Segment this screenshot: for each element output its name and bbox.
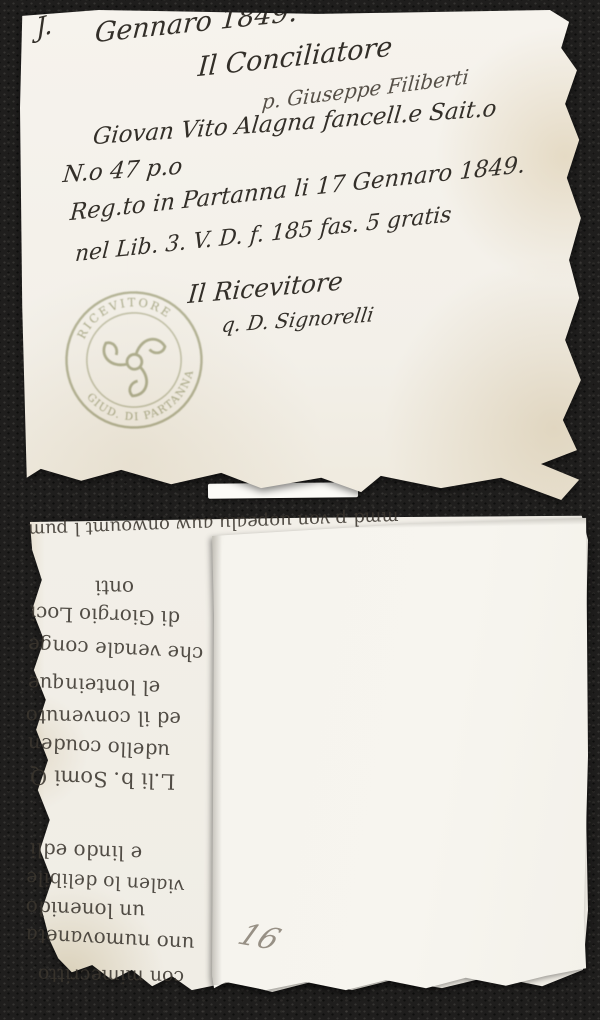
paraph-mark: J. <box>36 12 53 43</box>
trinacria-icon <box>97 327 176 406</box>
flipped-handwriting-line: el lonteinque <box>26 674 162 699</box>
document-top-paper: J. Gennaro 1849. Il Conciliatore p. Gius… <box>20 8 582 502</box>
flipped-handwriting-line: e lindo edli <box>28 840 144 864</box>
handwriting-line-signature: q. D. Signorelli <box>221 304 375 335</box>
handwriting-line-number: N.o 47 p.o <box>62 156 184 188</box>
handwriting-line-title: Il Conciliatore <box>197 33 393 81</box>
cover-left-fold-shadow <box>210 528 222 985</box>
flipped-handwriting-line: di Giorgio Loci <box>28 603 182 628</box>
flipped-handwriting-line: con mimecritto <box>36 965 186 987</box>
flipped-handwriting-line: L.li b. Somi Q <box>28 765 177 791</box>
flipped-handwriting-line: onti <box>93 578 136 599</box>
cover-top-fold-shadow <box>206 517 588 532</box>
flipped-handwriting-line: ed il convenuto <box>24 707 183 730</box>
flipped-handwriting-line: un lonenido <box>24 898 147 922</box>
handwriting-line-receiver: Il Ricevitore <box>187 268 344 307</box>
document-top: J. Gennaro 1849. Il Conciliatore p. Gius… <box>20 8 582 502</box>
handwriting-line-date: Gennaro 1849. <box>94 0 298 47</box>
